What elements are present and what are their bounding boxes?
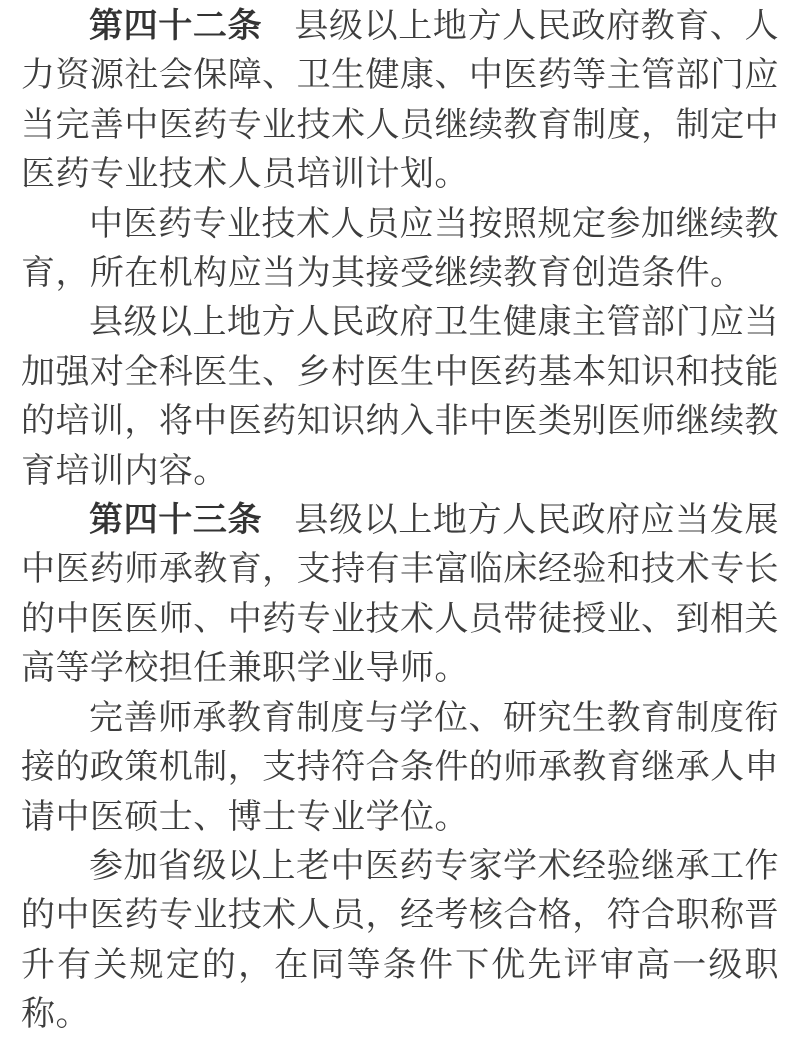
document-body: 第四十二条县级以上地方人民政府教育、人力资源社会保障、卫生健康、中医药等主管部门… bbox=[21, 2, 779, 1040]
paragraph: 县级以上地方人民政府卫生健康主管部门应当加强对全科医生、乡村医生中医药基本知识和… bbox=[21, 298, 779, 496]
paragraph-text: 县级以上地方人民政府卫生健康主管部门应当加强对全科医生、乡村医生中医药基本知识和… bbox=[21, 303, 779, 489]
paragraph: 中医药专业技术人员应当按照规定参加继续教育，所在机构应当为其接受继续教育创造条件… bbox=[21, 200, 779, 299]
paragraph-text: 完善师承教育制度与学位、研究生教育制度衔接的政策机制，支持符合条件的师承教育继承… bbox=[21, 699, 779, 836]
article-number: 第四十三条 bbox=[89, 501, 262, 539]
paragraph-text: 中医药专业技术人员应当按照规定参加继续教育，所在机构应当为其接受继续教育创造条件… bbox=[21, 205, 779, 292]
paragraph: 完善师承教育制度与学位、研究生教育制度衔接的政策机制，支持符合条件的师承教育继承… bbox=[21, 694, 779, 842]
article-number: 第四十二条 bbox=[89, 7, 262, 45]
document-page: 第四十二条县级以上地方人民政府教育、人力资源社会保障、卫生健康、中医药等主管部门… bbox=[0, 0, 800, 1044]
paragraph: 第四十二条县级以上地方人民政府教育、人力资源社会保障、卫生健康、中医药等主管部门… bbox=[21, 2, 779, 200]
paragraph: 第四十三条县级以上地方人民政府应当发展中医药师承教育，支持有丰富临床经验和技术专… bbox=[21, 496, 779, 694]
paragraph-text: 参加省级以上老中医药专家学术经验继承工作的中医药专业技术人员，经考核合格，符合职… bbox=[21, 847, 779, 1033]
paragraph: 参加省级以上老中医药专家学术经验继承工作的中医药专业技术人员，经考核合格，符合职… bbox=[21, 842, 779, 1040]
